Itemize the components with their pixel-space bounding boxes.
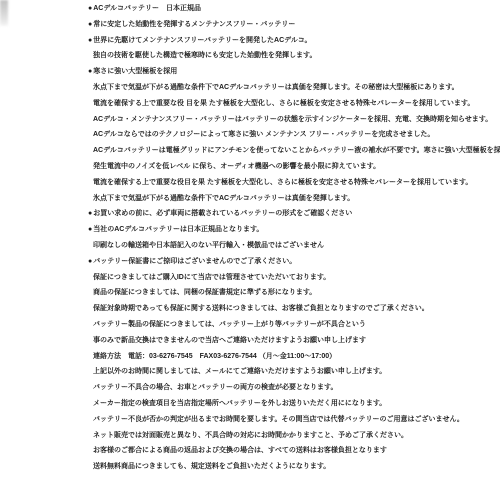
text-line: 独自の技術を駆使した構造で極寒時にも安定した始動性を発揮します。 <box>88 48 498 64</box>
bullet-icon: ● <box>88 222 92 238</box>
bullet-text-line: ●お買い求めの前に、必ず車両に搭載されているバッテリーの形式をご確認ください <box>88 206 498 222</box>
line-text: お客様のご都合による商品の返品および交換の場合は、すべての送料はお客様負担となり… <box>93 447 387 454</box>
line-text: 印刷なしの輸送箱や日本語記入のない平行輸入・模倣品ではございません <box>93 242 324 249</box>
bullet-icon: ● <box>88 64 92 80</box>
line-text: 送料無料商品につきましても、規定送料をご負担いただくようになります。 <box>93 463 330 470</box>
product-description-page: ●ACデルコバッテリー 日本正規品●常に安定した始動性を発揮するメンテナンスフリ… <box>0 0 500 500</box>
line-text: 寒さに強い大型極板を採用 <box>93 68 177 75</box>
line-text: 上記以外のお時間に関しましては、メールにてご連絡いただけますようお願い申し上げま… <box>93 368 386 375</box>
line-text: メーカー指定の検査項目を当店指定場所へバッテリーを外しお送りいただく用にになりま… <box>93 400 386 407</box>
line-text: 電流を確保する上で重要な役 目を果 たす極板を大型化し、さらに極板を安定させる特… <box>93 100 474 107</box>
description-text-block: ●ACデルコバッテリー 日本正規品●常に安定した始動性を発揮するメンテナンスフリ… <box>88 1 498 475</box>
edge-artifact <box>0 0 8 26</box>
line-text: ACデルコバッテリーは電極グリッドにアンチモンを使ってないことからバッテリー液の… <box>93 147 500 154</box>
text-line: 印刷なしの輸送箱や日本語記入のない平行輸入・模倣品ではございません <box>88 238 498 254</box>
bullet-text-line: ●世界に先駆けてメンテナンスフリーバッテリーを開発したACデルコ。 <box>88 33 498 49</box>
line-text: 電流を確保する上で重要な役目を果 たす極板を大型化し、さらに極板を安定させる特殊… <box>93 179 472 186</box>
text-line: 氷点下まで気温が下がる過酷な条件下でACデルコバッテリーは真価を発揮します。 <box>88 191 498 207</box>
line-text: 商品の保証につきましては、同梱の保証書規定に準ずる形になります。 <box>93 289 316 296</box>
line-text: ACデルコ・メンテナンスフリー・バッテリーはバッテリーの状態を示すインジケーター… <box>93 116 492 123</box>
line-text: 事のみで新品交換はできませんので当店へご連絡いただけますようお願い申し上げます <box>93 337 366 344</box>
text-line: ACデルコならではのテクノロジーによって寒さに強い メンテナンス フリー・バッテ… <box>88 127 498 143</box>
text-line: 商品の保証につきましては、同梱の保証書規定に準ずる形になります。 <box>88 285 498 301</box>
line-text: 氷点下まで気温が下がる過酷な条件下でACデルコバッテリーは真価を発揮します。 <box>93 195 354 202</box>
line-text: 常に安定した始動性を発揮するメンテナンスフリー・バッテリー <box>93 21 295 28</box>
text-line: 発生電流中のノイズを低レベル に保ち、オーディオ機器への影響を最小限に抑えていま… <box>88 159 498 175</box>
text-line: 氷点下まで気温が下がる過酷な条件下でACデルコバッテリーは真価を発揮します。その… <box>88 80 498 96</box>
text-line: お客様のご都合による商品の返品および交換の場合は、すべての送料はお客様負担となり… <box>88 443 498 459</box>
text-line: 電流を確保する上で重要な役目を果 たす極板を大型化し、さらに極板を安定させる特殊… <box>88 175 498 191</box>
text-line: メーカー指定の検査項目を当店指定場所へバッテリーを外しお送りいただく用にになりま… <box>88 396 498 412</box>
text-line: 保証対象時期であっても保証に関する送料につきましては、お客様ご負担となりますので… <box>88 301 498 317</box>
line-text: 独自の技術を駆使した構造で極寒時にも安定した始動性を発揮します。 <box>93 52 316 59</box>
line-text: 保証につきましてはご購入IDにて当店では管理させていただいております。 <box>93 274 330 281</box>
bullet-icon: ● <box>88 1 92 17</box>
line-text: ACデルコならではのテクノロジーによって寒さに強い メンテナンス フリー・バッテ… <box>93 131 434 138</box>
line-text: ACデルコバッテリー 日本正規品 <box>93 5 201 12</box>
bullet-text-line: ●寒さに強い大型極板を採用 <box>88 64 498 80</box>
line-text: 世界に先駆けてメンテナンスフリーバッテリーを開発したACデルコ。 <box>93 37 311 44</box>
bullet-text-line: ●当社のACデルコバッテリーは日本正規品となります。 <box>88 222 498 238</box>
text-line: 上記以外のお時間に関しましては、メールにてご連絡いただけますようお願い申し上げま… <box>88 364 498 380</box>
bullet-text-line: ●ACデルコバッテリー 日本正規品 <box>88 1 498 17</box>
bullet-text-line: ●バッテリー保証書にご捺印はございませんのでご了承ください。 <box>88 254 498 270</box>
line-text: 保証対象時期であっても保証に関する送料につきましては、お客様ご負担となりますので… <box>93 305 429 312</box>
text-line: 連絡方法 電話：03-6276-7545 FAX03-6276-7544 （月～… <box>88 349 498 365</box>
bullet-icon: ● <box>88 206 92 222</box>
text-line: ネット販売では対面販売と異なり、不具合時の対応にお時間かかりますこと、予めご了承… <box>88 428 498 444</box>
line-text: バッテリー保証書にご捺印はございませんのでご了承ください。 <box>93 258 296 265</box>
line-text: お買い求めの前に、必ず車両に搭載されているバッテリーの形式をご確認ください <box>93 210 352 217</box>
line-text: ネット販売では対面販売と異なり、不具合時の対応にお時間かかりますこと、予めご了承… <box>93 432 408 439</box>
line-text: バッテリー製品の保証につきましては、バッテリー上がり等バッテリーが不具合という <box>93 321 366 328</box>
line-text: 連絡方法 電話：03-6276-7545 FAX03-6276-7544 （月～… <box>93 353 336 360</box>
text-line: ACデルコ・メンテナンスフリー・バッテリーはバッテリーの状態を示すインジケーター… <box>88 112 498 128</box>
line-text: 発生電流中のノイズを低レベル に保ち、オーディオ機器への影響を最小限に抑えていま… <box>93 163 380 170</box>
line-text: 氷点下まで気温が下がる過酷な条件下でACデルコバッテリーは真価を発揮します。その… <box>93 84 459 91</box>
line-text: バッテリー不良が否かの判定が出るまでお時間を要します。その間当店では代替バッテリ… <box>93 416 464 423</box>
line-text: 当社のACデルコバッテリーは日本正規品となります。 <box>93 226 263 233</box>
text-line: 送料無料商品につきましても、規定送料をご負担いただくようになります。 <box>88 459 498 475</box>
text-line: ACデルコバッテリーは電極グリッドにアンチモンを使ってないことからバッテリー液の… <box>88 143 498 159</box>
bullet-icon: ● <box>88 254 92 270</box>
text-line: 保証につきましてはご購入IDにて当店では管理させていただいております。 <box>88 270 498 286</box>
text-line: 電流を確保する上で重要な役 目を果 たす極板を大型化し、さらに極板を安定させる特… <box>88 96 498 112</box>
text-line: バッテリー不良が否かの判定が出るまでお時間を要します。その間当店では代替バッテリ… <box>88 412 498 428</box>
text-line: バッテリー製品の保証につきましては、バッテリー上がり等バッテリーが不具合という <box>88 317 498 333</box>
line-text: バッテリー不具合の場合、お車とバッテリーの両方の検査が必要となります。 <box>93 384 337 391</box>
bullet-icon: ● <box>88 17 92 33</box>
text-line: 事のみで新品交換はできませんので当店へご連絡いただけますようお願い申し上げます <box>88 333 498 349</box>
bullet-text-line: ●常に安定した始動性を発揮するメンテナンスフリー・バッテリー <box>88 17 498 33</box>
text-line: バッテリー不具合の場合、お車とバッテリーの両方の検査が必要となります。 <box>88 380 498 396</box>
bullet-icon: ● <box>88 33 92 49</box>
